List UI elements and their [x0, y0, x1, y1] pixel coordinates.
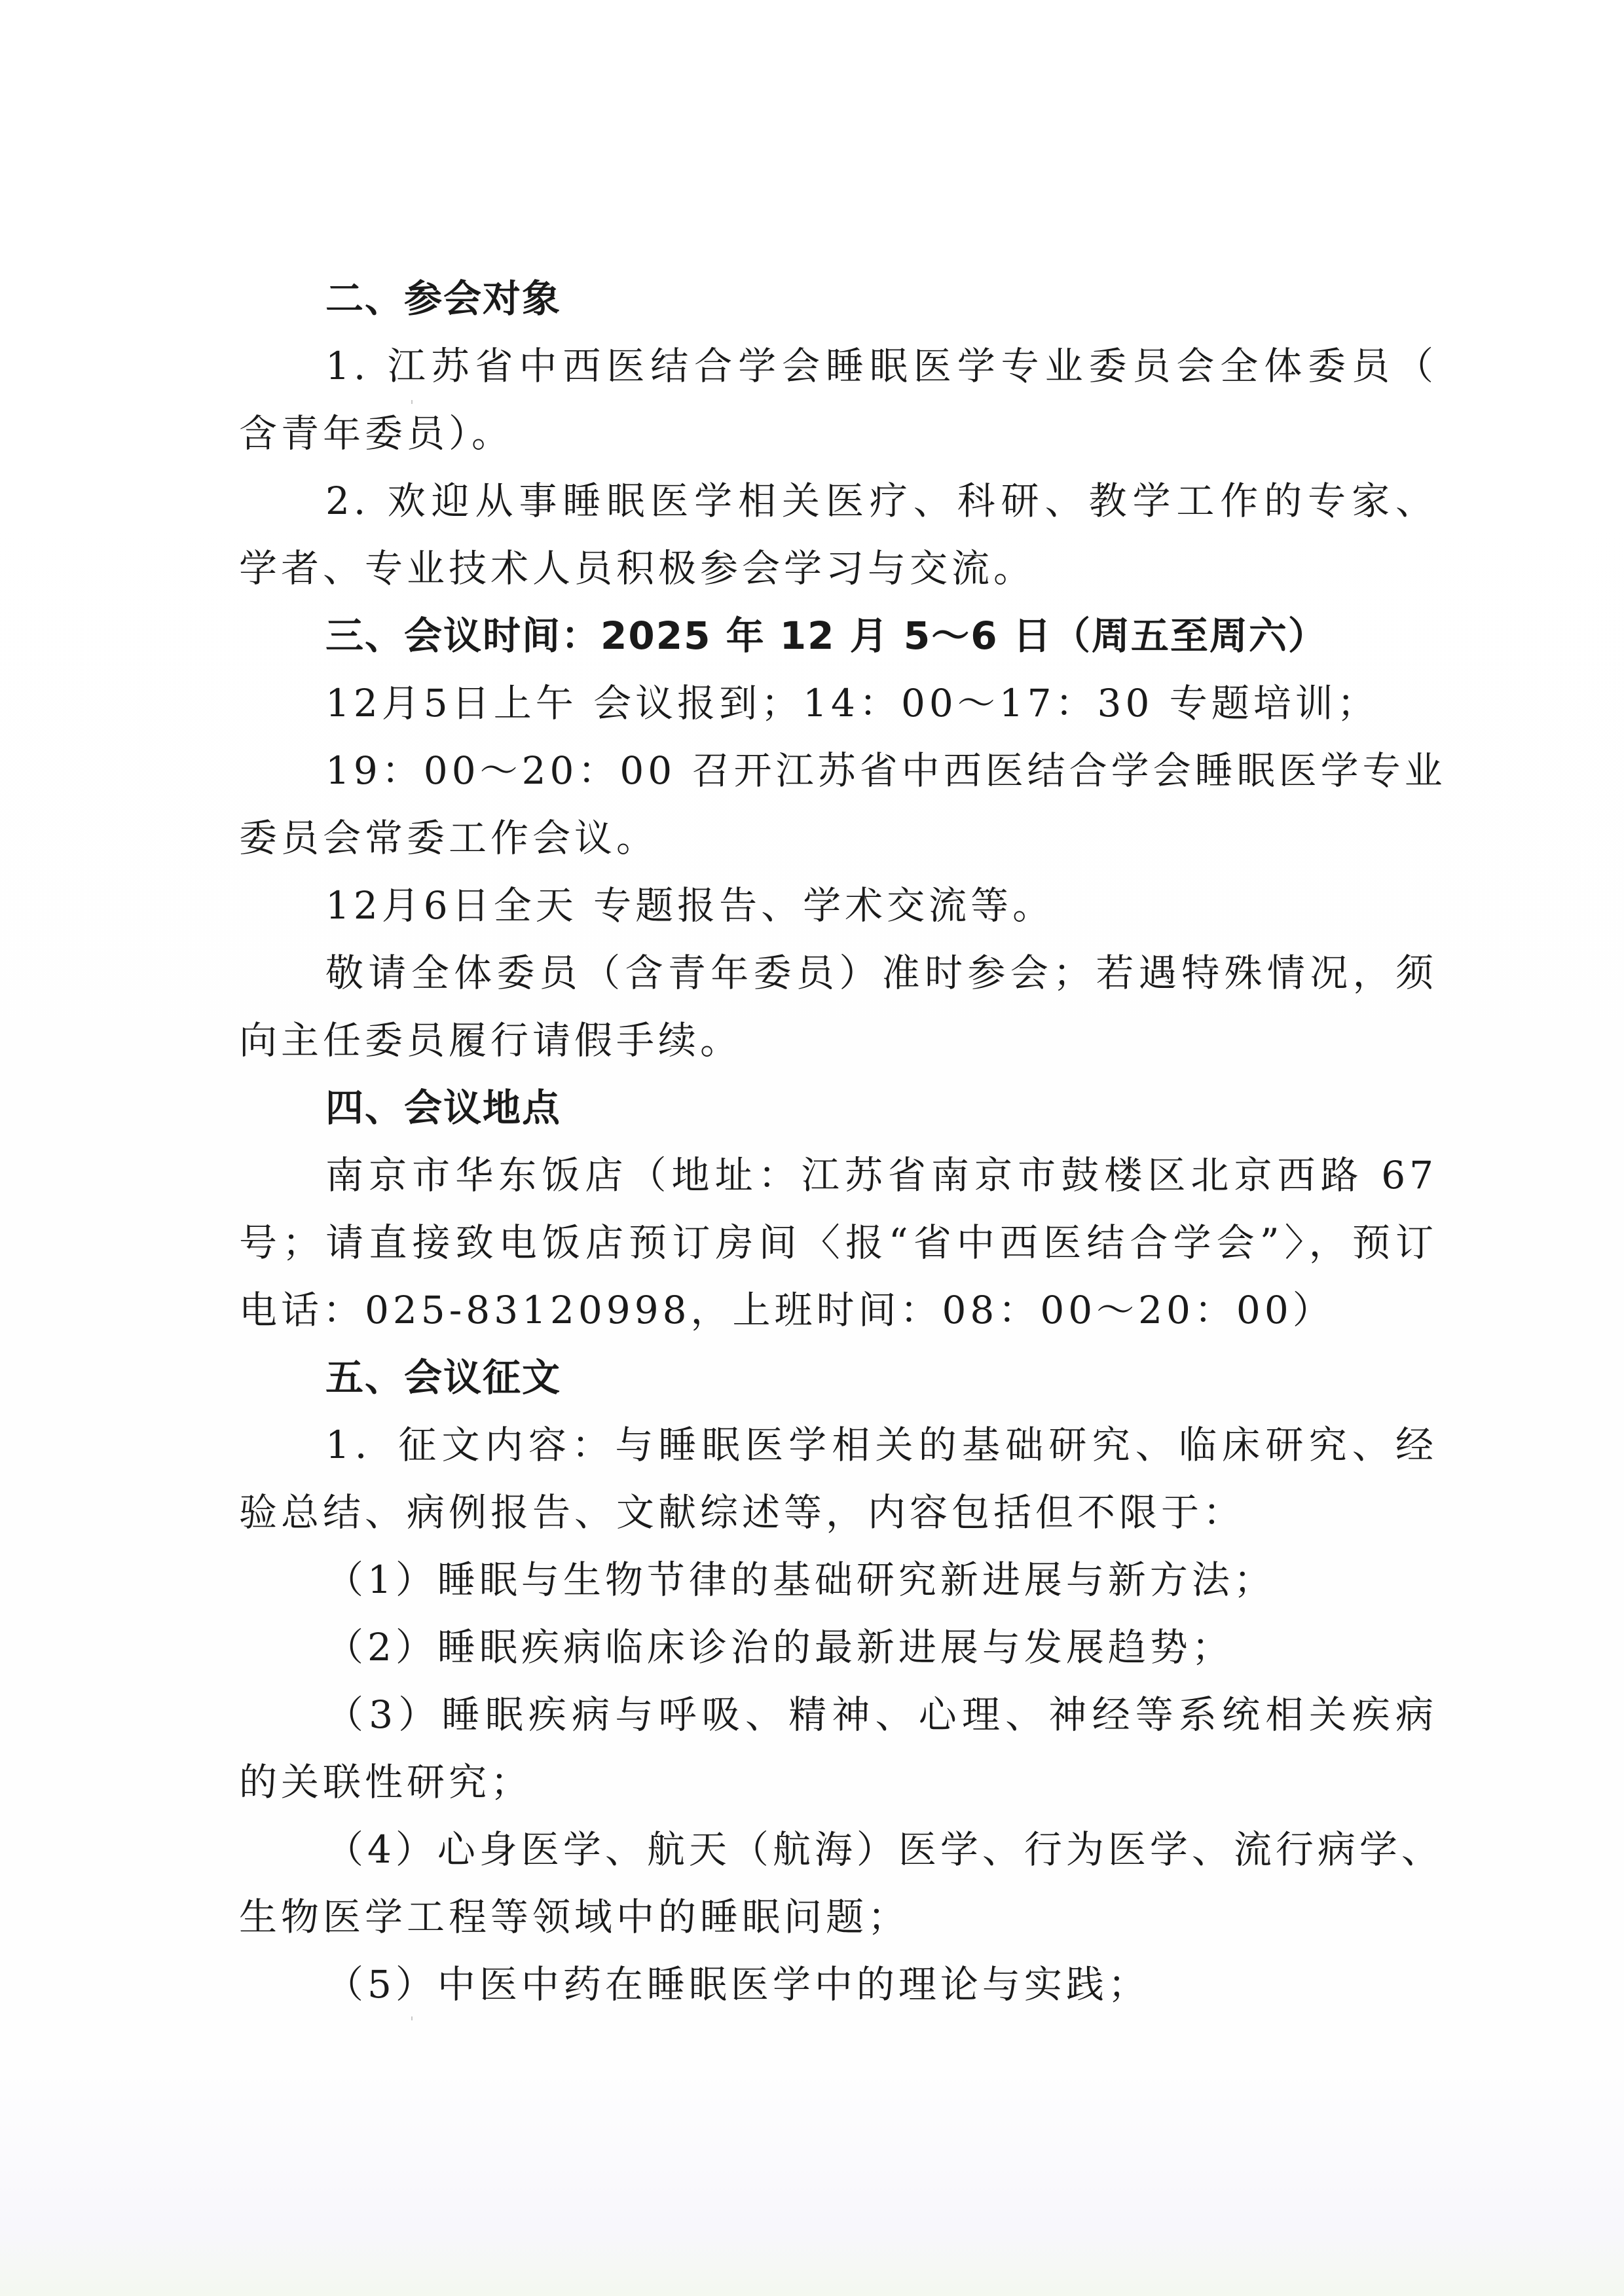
- section-participants: 二、参会对象 1. 江苏省中西医结合学会睡眠医学专业委员会全体委员（ 含青年委员…: [239, 265, 1437, 602]
- paragraph-line: 学者、专业技术人员积极参会学习与交流。: [239, 535, 1437, 602]
- paragraph-line: 含青年委员）。: [239, 400, 1437, 467]
- topic-item-3-cont: 的关联性研究；: [239, 1749, 1437, 1816]
- section-time: 三、会议时间：2025 年 12 月 5～6 日（周五至周六） 12月5日上午 …: [239, 602, 1437, 1074]
- scan-artifact: [411, 400, 413, 404]
- schedule-line: 委员会常委工作会议。: [239, 805, 1437, 872]
- scanned-page: 二、参会对象 1. 江苏省中西医结合学会睡眠医学专业委员会全体委员（ 含青年委员…: [0, 0, 1624, 2296]
- document-body: 二、参会对象 1. 江苏省中西医结合学会睡眠医学专业委员会全体委员（ 含青年委员…: [239, 265, 1437, 2018]
- schedule-line: 12月6日全天 专题报告、学术交流等。: [239, 872, 1437, 939]
- topic-item-3: （3）睡眠疾病与呼吸、精神、心理、神经等系统相关疾病: [239, 1681, 1437, 1749]
- paragraph-line: 2. 欢迎从事睡眠医学相关医疗、科研、教学工作的专家、: [239, 467, 1437, 535]
- topic-item-2: （2）睡眠疾病临床诊治的最新进展与发展趋势；: [239, 1614, 1437, 1681]
- paragraph-line: 向主任委员履行请假手续。: [239, 1007, 1437, 1074]
- topic-item-4: （4）心身医学、航天（航海）医学、行为医学、流行病学、: [239, 1816, 1437, 1884]
- section-papers: 五、会议征文 1．征文内容：与睡眠医学相关的基础研究、临床研究、经 验总结、病例…: [239, 1344, 1437, 2018]
- topic-item-1: （1）睡眠与生物节律的基础研究新进展与新方法；: [239, 1546, 1437, 1614]
- topic-item-4-cont: 生物医学工程等领域中的睡眠问题；: [239, 1884, 1437, 1951]
- schedule-line: 19：00～20：00 召开江苏省中西医结合学会睡眠医学专业: [239, 737, 1437, 805]
- section-heading-participants: 二、参会对象: [239, 265, 1437, 333]
- paragraph-line: 敬请全体委员（含青年委员）准时参会；若遇特殊情况，须: [239, 939, 1437, 1007]
- venue-booking-line: 号；请直接致电饭店预订房间〈报“省中西医结合学会”〉，预订: [239, 1209, 1437, 1277]
- paragraph-line: 1. 江苏省中西医结合学会睡眠医学专业委员会全体委员（: [239, 333, 1437, 400]
- section-heading-papers: 五、会议征文: [239, 1344, 1437, 1412]
- topic-item-5: （5）中医中药在睡眠医学中的理论与实践；: [239, 1951, 1437, 2018]
- venue-phone-line: 电话：025-83120998，上班时间：08：00～20：00）: [239, 1277, 1437, 1344]
- scan-artifact: [411, 2016, 413, 2020]
- paragraph-line: 验总结、病例报告、文献综述等，内容包括但不限于：: [239, 1479, 1437, 1546]
- section-heading-venue: 四、会议地点: [239, 1074, 1437, 1142]
- venue-address-line: 南京市华东饭店（地址：江苏省南京市鼓楼区北京西路 67: [239, 1142, 1437, 1209]
- schedule-line: 12月5日上午 会议报到；14：00～17：30 专题培训；: [239, 670, 1437, 737]
- section-heading-time: 三、会议时间：2025 年 12 月 5～6 日（周五至周六）: [239, 602, 1437, 670]
- section-venue: 四、会议地点 南京市华东饭店（地址：江苏省南京市鼓楼区北京西路 67 号；请直接…: [239, 1074, 1437, 1344]
- paragraph-line: 1．征文内容：与睡眠医学相关的基础研究、临床研究、经: [239, 1412, 1437, 1479]
